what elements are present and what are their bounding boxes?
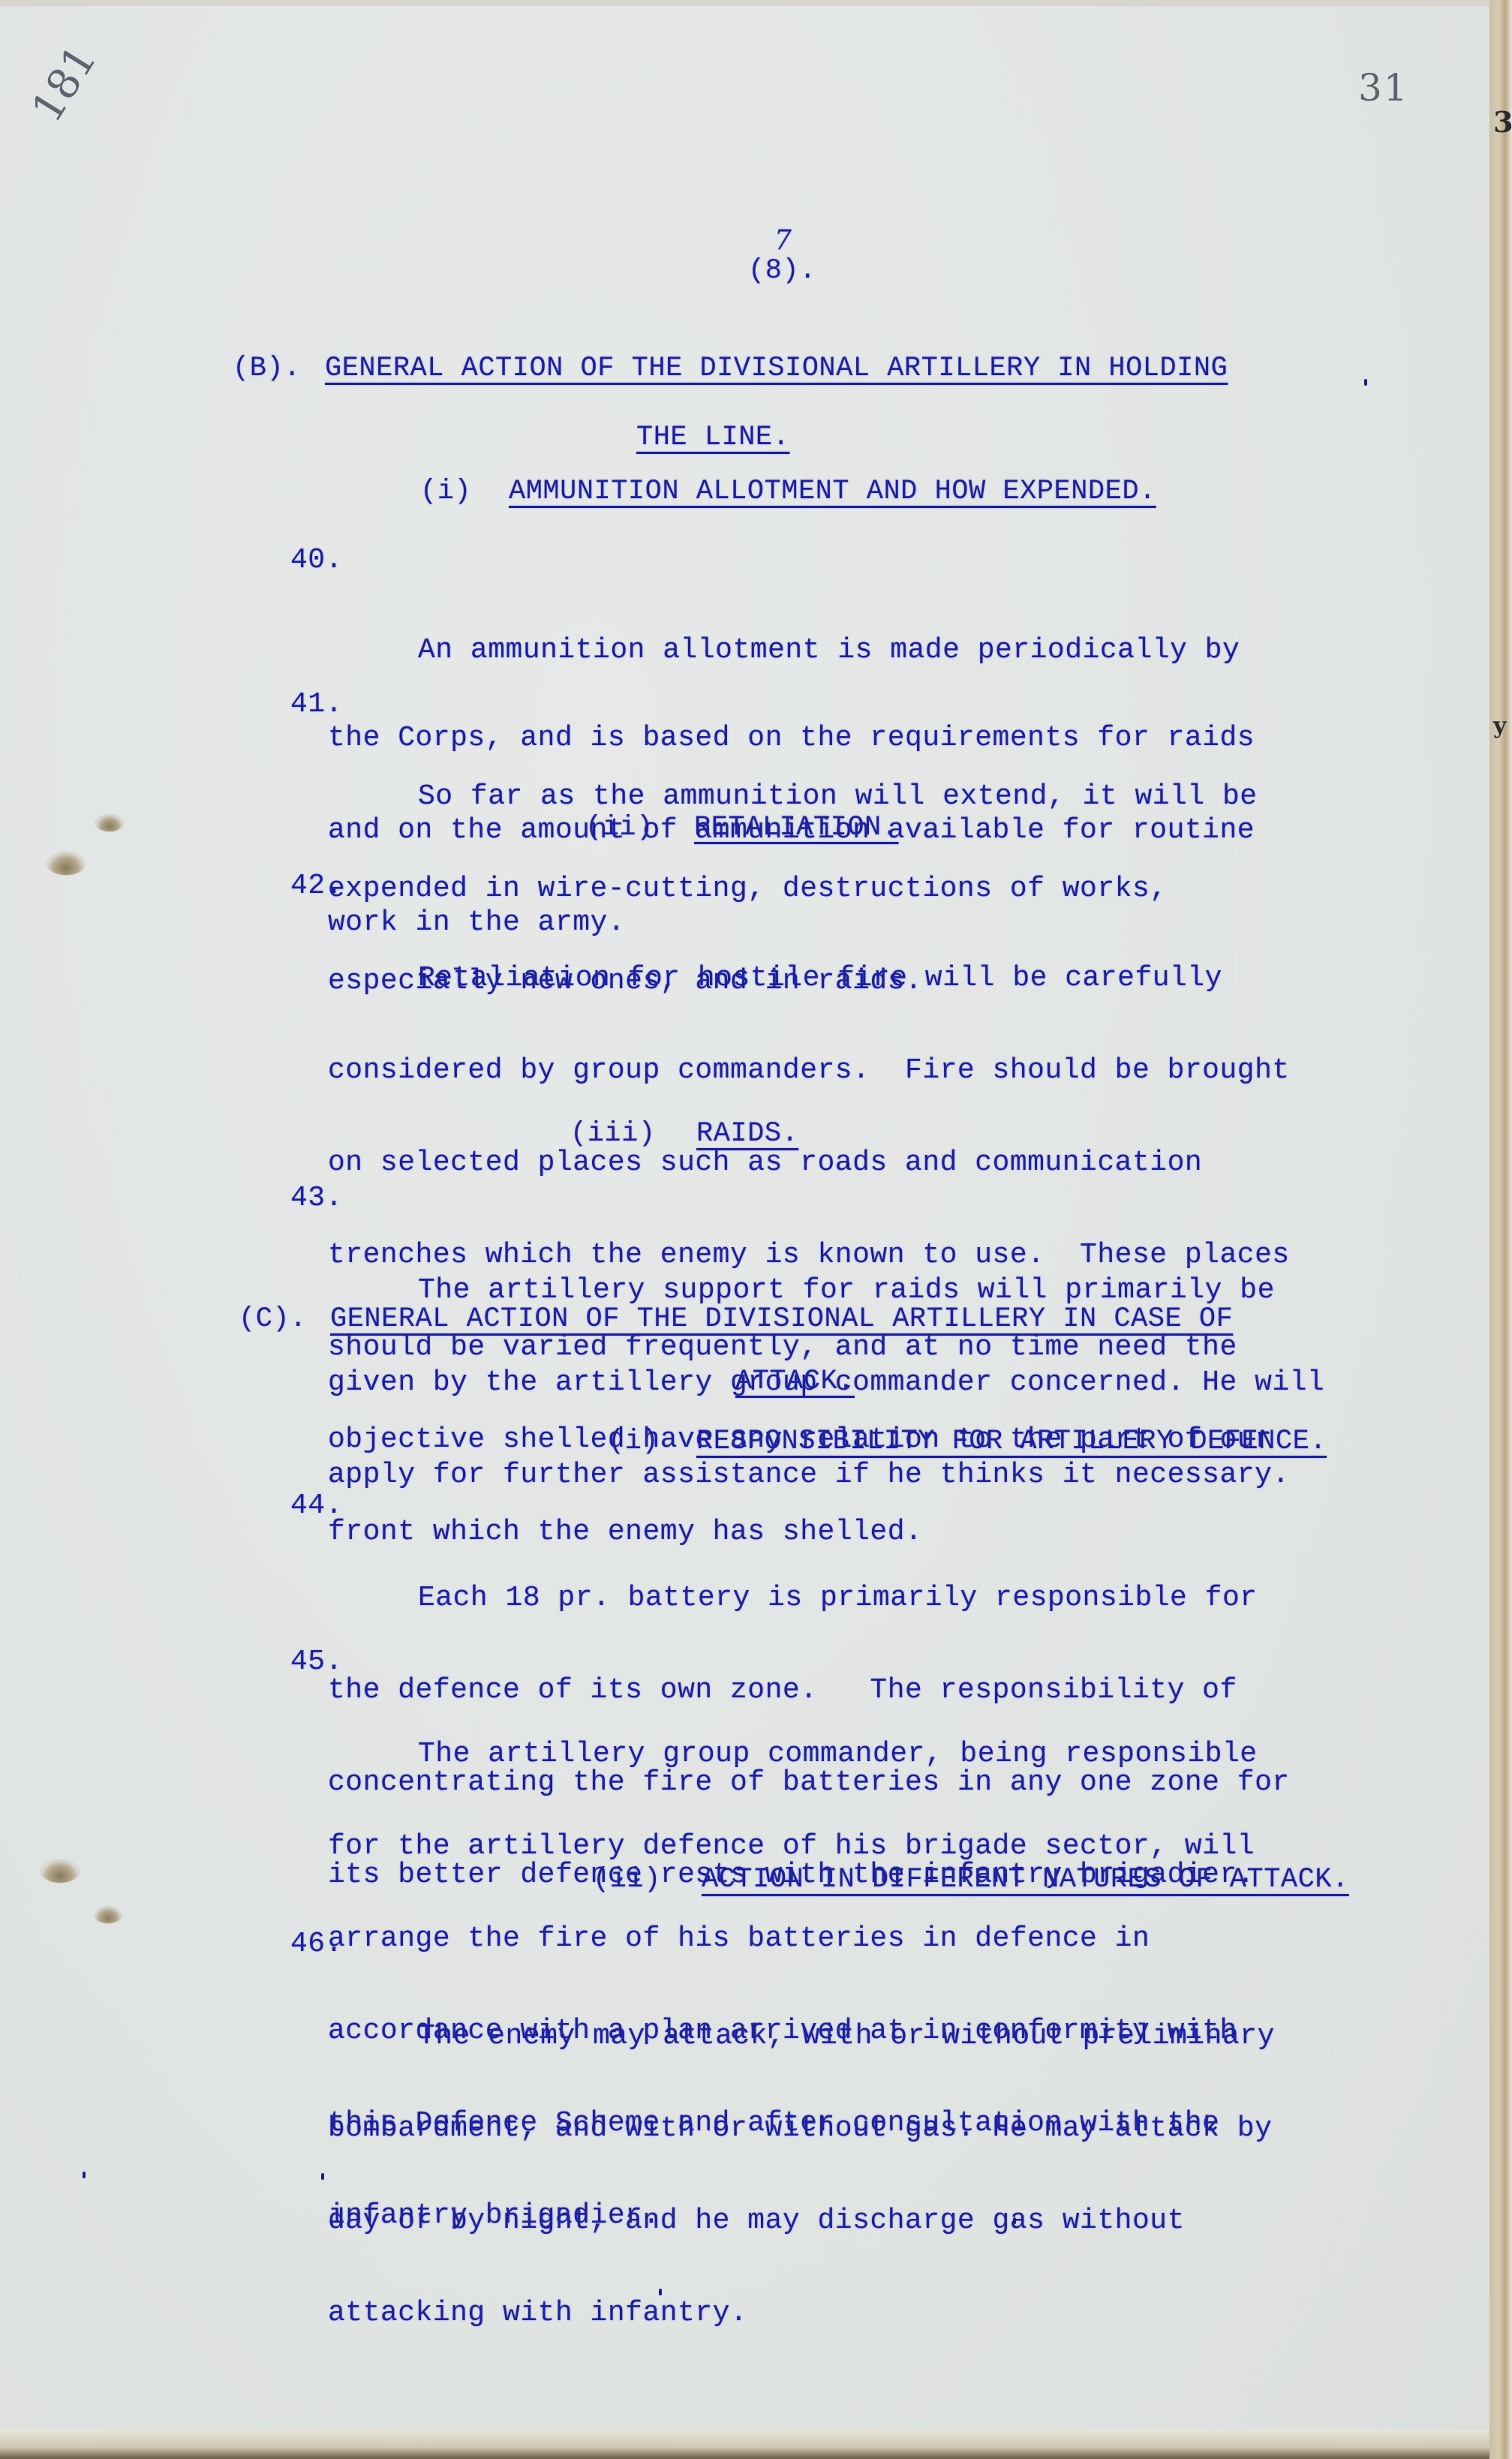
- paragraph-46: 46. The enemy may attack, with or withou…: [328, 1928, 1275, 2359]
- ink-speck: [1364, 379, 1367, 386]
- subsection-title: RETALIATION.: [694, 812, 898, 843]
- subsection-label: (i): [608, 1426, 659, 1457]
- paragraph-number: 43.: [290, 1183, 343, 1213]
- paragraph-43: 43. The artillery support for raids will…: [328, 1183, 1324, 1521]
- paragraph-number: 40.: [290, 545, 343, 576]
- page-number-stamp: 31: [1358, 66, 1409, 110]
- paragraph-number: 44.: [290, 1490, 343, 1521]
- paragraph-number: 42.: [290, 870, 343, 901]
- ink-speck: [321, 2173, 324, 2180]
- ink-speck: [83, 2172, 86, 2178]
- bottom-page-curl: [0, 2430, 1489, 2459]
- subsection-title: RAIDS.: [696, 1118, 798, 1150]
- subsection-label: (iii): [570, 1118, 656, 1150]
- punch-hole: [47, 852, 86, 876]
- paragraph-number: 46.: [290, 1928, 343, 1959]
- punch-hole: [95, 814, 124, 832]
- adjacent-page-edge: [1489, 0, 1512, 2459]
- subsection-title: ACTION IN DIFFERENT NATURES OF ATTACK.: [702, 1864, 1349, 1895]
- section-b-heading: GENERAL ACTION OF THE DIVISIONAL ARTILLE…: [325, 353, 1228, 384]
- subsection-label: (ii): [593, 1864, 661, 1895]
- ink-speck: [1013, 2217, 1016, 2224]
- page-number-correction: 7: [774, 225, 792, 256]
- ink-speck: [846, 1162, 849, 1168]
- section-b-heading-cont: THE LINE.: [636, 422, 789, 453]
- subsection-label: (ii): [585, 812, 654, 843]
- punch-hole: [41, 1859, 80, 1883]
- adjacent-page-char: 3: [1493, 105, 1512, 139]
- subsection-label: (i): [420, 476, 471, 507]
- page-number-original: (8).: [748, 255, 816, 287]
- ink-speck: [659, 2289, 662, 2295]
- subsection-title: AMMUNITION ALLOTMENT AND HOW EXPENDED.: [509, 476, 1156, 507]
- paragraph-number: 41.: [290, 689, 343, 720]
- section-c-label: (C).: [239, 1303, 307, 1335]
- section-b-label: (B).: [233, 353, 301, 384]
- section-c-heading: GENERAL ACTION OF THE DIVISIONAL ARTILLE…: [330, 1303, 1233, 1335]
- subsection-title: RESPONSIBILITY FOR ARTILLERY DEFENCE.: [696, 1426, 1327, 1457]
- punch-hole: [94, 1906, 122, 1924]
- paragraph-number: 45.: [290, 1646, 343, 1677]
- adjacent-page-char: y: [1493, 713, 1506, 739]
- section-c-heading-cont: ATTACK.: [735, 1366, 855, 1397]
